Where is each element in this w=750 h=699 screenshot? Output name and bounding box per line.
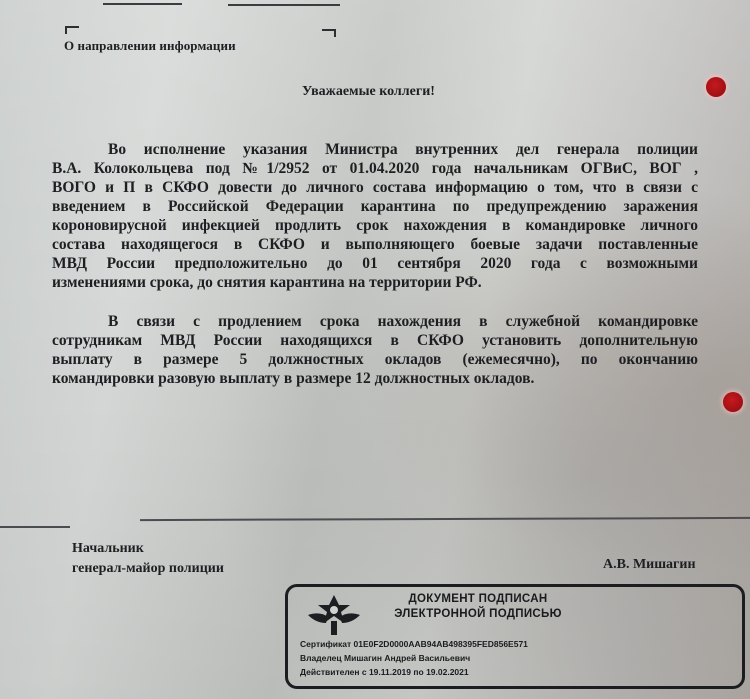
paragraph-line: короновирусной инфекцией продлить срок н… — [52, 216, 698, 235]
paragraph-line: В связи с продлением срока нахождения в … — [52, 312, 698, 331]
owner-label: Владелец — [300, 653, 342, 663]
signatory-position: Начальник генерал-майор полиции — [72, 539, 224, 579]
signatory-rank: генерал-майор полиции — [72, 559, 224, 579]
stamp-title-line: ДОКУМЕНТ ПОДПИСАН — [378, 592, 578, 607]
paragraph-line: выплату в размере 5 должностных окладов … — [52, 350, 698, 369]
stamp-certificate: Сертификат 01E0F2D0000AAB94AB498395FED85… — [300, 639, 528, 649]
paragraph-line: ВОГО и П в СКФО довести до личного соста… — [52, 178, 698, 197]
paragraph-line: Во исполнение указания Министра внутренн… — [52, 140, 698, 159]
red-dot-marker — [706, 77, 726, 97]
paragraph-line: командировки разовую выплату в размере 1… — [52, 369, 698, 388]
signatory-title: Начальник — [72, 539, 224, 559]
stamp-title: ДОКУМЕНТ ПОДПИСАН ЭЛЕКТРОННОЙ ПОДПИСЬЮ — [378, 592, 578, 622]
red-dot-marker — [723, 392, 743, 412]
corner-mark-left — [65, 26, 79, 34]
document-greeting: Уважаемые коллеги! — [302, 84, 435, 100]
signatory-name: А.В. Мишагин — [603, 557, 696, 573]
stamp-validity: Действителен с 19.11.2019 по 19.02.2021 — [300, 667, 469, 677]
paragraph-line: В.А. Колокольцева под №1/2952 от 01.04.2… — [52, 159, 698, 178]
paragraph-line: введением в Российской Федерации каранти… — [52, 197, 698, 216]
certificate-value: 01E0F2D0000AAB94AB498395FED856E571 — [354, 639, 528, 649]
paragraph-line: МВД России предположительно до 01 сентяб… — [52, 254, 698, 273]
paragraph-line: состава находящегося в СКФО и выполняюще… — [52, 235, 698, 254]
mvd-emblem-icon — [306, 593, 362, 639]
corner-mark-right — [322, 29, 336, 37]
owner-value: Мишагин Андрей Васильевич — [344, 653, 470, 663]
stamp-title-line: ЭЛЕКТРОННОЙ ПОДПИСЬЮ — [378, 607, 578, 622]
stamp-owner: Владелец Мишагин Андрей Васильевич — [300, 653, 470, 663]
fold-line-left — [0, 526, 70, 528]
header-rule-right — [228, 4, 340, 6]
certificate-label: Сертификат — [300, 639, 351, 649]
document-subject: О направлении информации — [64, 38, 236, 54]
header-rule-left — [103, 3, 182, 5]
paragraph-line: изменениями срока, до снятия карантина н… — [52, 273, 698, 292]
separator-line — [140, 517, 750, 521]
paragraph-2: В связи с продлением срока нахождения в … — [52, 312, 698, 388]
paragraph-line: сотрудникам МВД России находящихся в СКФ… — [52, 331, 698, 350]
electronic-signature-stamp: ДОКУМЕНТ ПОДПИСАН ЭЛЕКТРОННОЙ ПОДПИСЬЮ С… — [285, 584, 745, 689]
paragraph-1: Во исполнение указания Министра внутренн… — [52, 140, 698, 292]
